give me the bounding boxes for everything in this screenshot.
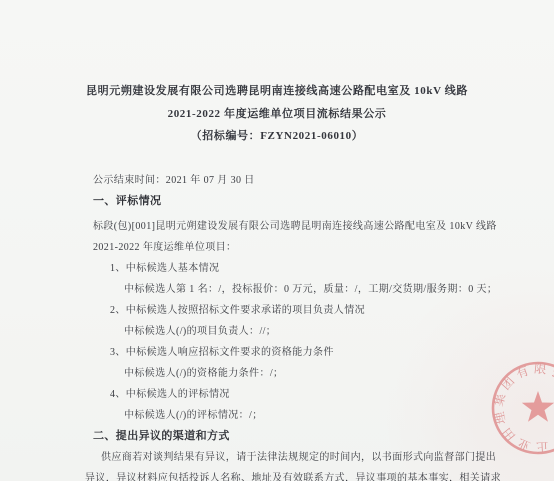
document-page: 昆明元朔建设发展有限公司选聘昆明南连接线高速公路配电室及 10kV 线路 202… xyxy=(0,0,554,481)
title-line-3-tender-number: （招标编号：FZYN2021-06010） xyxy=(0,125,554,148)
section2-paragraph-line2: 异议，异议材料应包括投诉人名称、地址及有效联系方式，异议事项的基本事实，相关请求 xyxy=(85,468,494,481)
title-line-1: 昆明元朔建设发展有限公司选聘昆明南连接线高速公路配电室及 10kV 线路 xyxy=(0,80,554,103)
document-body: 公示结束时间：2021 年 07 月 30 日 一、评标情况 标段(包)[001… xyxy=(0,170,554,481)
section2-heading: 二、提出异议的渠道和方式 xyxy=(93,426,494,447)
star-icon xyxy=(522,391,554,422)
item-2-detail: 中标候选人(/)的项目负责人：//； xyxy=(124,321,494,342)
item-3-detail: 中标候选人(/)的资格能力条件：/； xyxy=(124,363,494,384)
item-3-label: 3、中标候选人响应招标文件要求的资格能力条件 xyxy=(110,342,494,363)
item-1-label: 1、中标候选人基本情况 xyxy=(110,258,494,279)
item-4-label: 4、中标候选人的评标情况 xyxy=(110,384,494,405)
section1-intro-line1: 标段(包)[001]昆明元朔建设发展有限公司选聘昆明南连接线高速公路配电室及 1… xyxy=(93,216,494,237)
section2-paragraph-line1: 供应商若对谈判结果有异议，请于法律法规规定的时间内，以书面形式向监督部门提出 xyxy=(85,447,494,468)
document-title: 昆明元朔建设发展有限公司选聘昆明南连接线高速公路配电室及 10kV 线路 202… xyxy=(0,0,554,148)
publicity-end-time: 公示结束时间：2021 年 07 月 30 日 xyxy=(93,170,494,191)
company-seal-stamp: 正亚田理集团有限公 xyxy=(480,350,554,481)
item-1-detail: 中标候选人第 1 名：/，投标报价：0 万元，质量：/，工期/交货期/服务期：0… xyxy=(124,279,494,300)
title-line-2: 2021-2022 年度运维单位项目流标结果公示 xyxy=(0,103,554,126)
section1-heading: 一、评标情况 xyxy=(93,191,494,212)
item-2-label: 2、中标候选人按照招标文件要求承诺的项目负责人情况 xyxy=(110,300,494,321)
section1-intro-line2: 2021-2022 年度运维单位项目： xyxy=(93,237,494,258)
item-4-detail: 中标候选人(/)的评标情况：/； xyxy=(124,405,494,426)
